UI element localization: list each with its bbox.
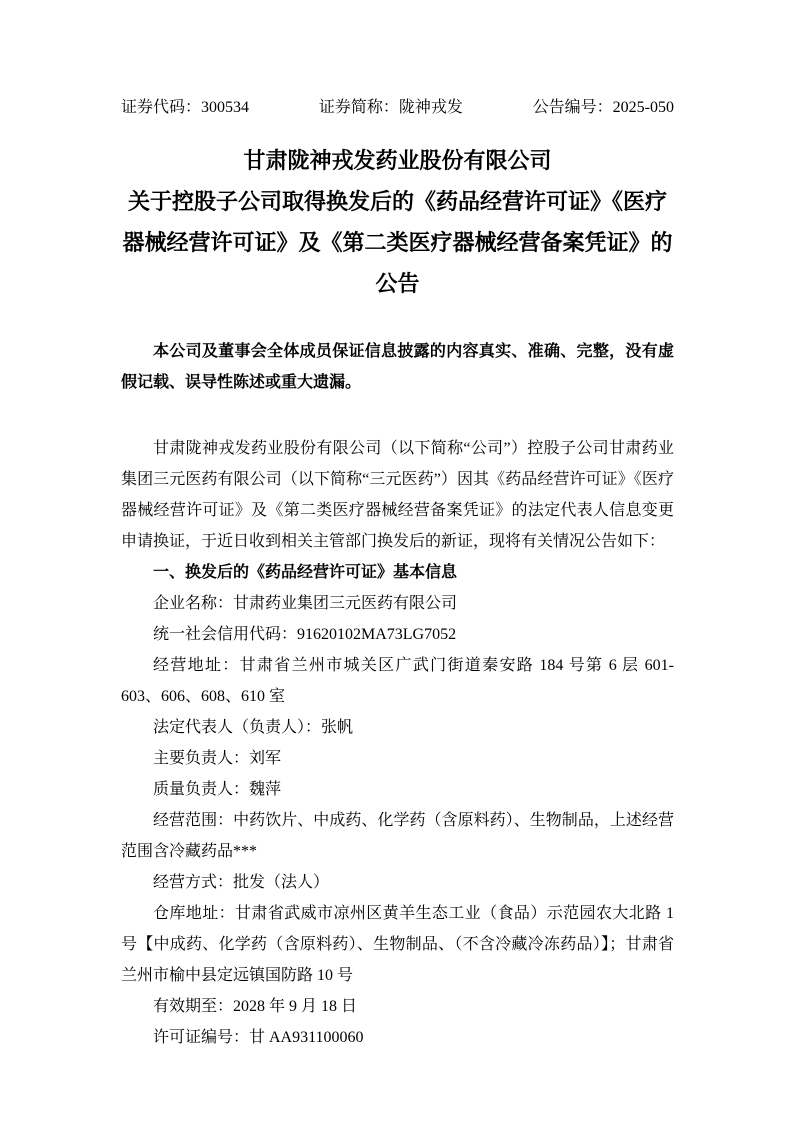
document-title: 甘肃陇神戎发药业股份有限公司 关于控股子公司取得换发后的《药品经营许可证》《医疗… xyxy=(121,140,674,304)
field-credit-code: 统一社会信用代码：91620102MA73LG7052 xyxy=(121,619,674,650)
field-business-mode: 经营方式：批发（法人） xyxy=(121,867,674,898)
field-main-principal: 主要负责人：刘军 xyxy=(121,743,674,774)
board-declaration: 本公司及董事会全体成员保证信息披露的内容真实、准确、完整，没有虚假记载、误导性陈… xyxy=(121,336,674,398)
securities-header: 证券代码：300534 证券简称：陇神戎发 公告编号：2025-050 xyxy=(121,92,674,123)
announcement-number: 公告编号：2025-050 xyxy=(533,92,674,123)
intro-paragraph: 甘肃陇神戎发药业股份有限公司（以下简称“公司”）控股子公司甘肃药业集团三元医药有… xyxy=(121,433,674,557)
field-enterprise-name: 企业名称：甘肃药业集团三元医药有限公司 xyxy=(121,588,674,619)
company-name: 甘肃陇神戎发药业股份有限公司 xyxy=(121,140,674,181)
field-quality-principal: 质量负责人：魏萍 xyxy=(121,774,674,805)
announcement-subject: 关于控股子公司取得换发后的《药品经营许可证》《医疗器械经营许可证》及《第二类医疗… xyxy=(121,181,674,304)
field-business-scope: 经营范围：中药饮片、中成药、化学药（含原料药）、生物制品，上述经营范围含冷藏药品… xyxy=(121,805,674,867)
section1-heading: 一、换发后的《药品经营许可证》基本信息 xyxy=(121,557,674,588)
stock-short-name: 证券简称：陇神戎发 xyxy=(319,92,463,123)
field-business-address: 经营地址：甘肃省兰州市城关区广武门街道秦安路 184 号第 6 层 601-60… xyxy=(121,650,674,712)
stock-code: 证券代码：300534 xyxy=(121,92,249,123)
field-warehouse-address: 仓库地址：甘肃省武威市凉州区黄羊生态工业（食品）示范园农大北路 1 号【中成药、… xyxy=(121,898,674,991)
announcement-page: 证券代码：300534 证券简称：陇神戎发 公告编号：2025-050 甘肃陇神… xyxy=(0,0,794,1122)
field-license-number: 许可证编号：甘 AA931100060 xyxy=(121,1022,674,1053)
field-legal-representative: 法定代表人（负责人）：张帆 xyxy=(121,712,674,743)
field-valid-until: 有效期至：2028 年 9 月 18 日 xyxy=(121,991,674,1022)
